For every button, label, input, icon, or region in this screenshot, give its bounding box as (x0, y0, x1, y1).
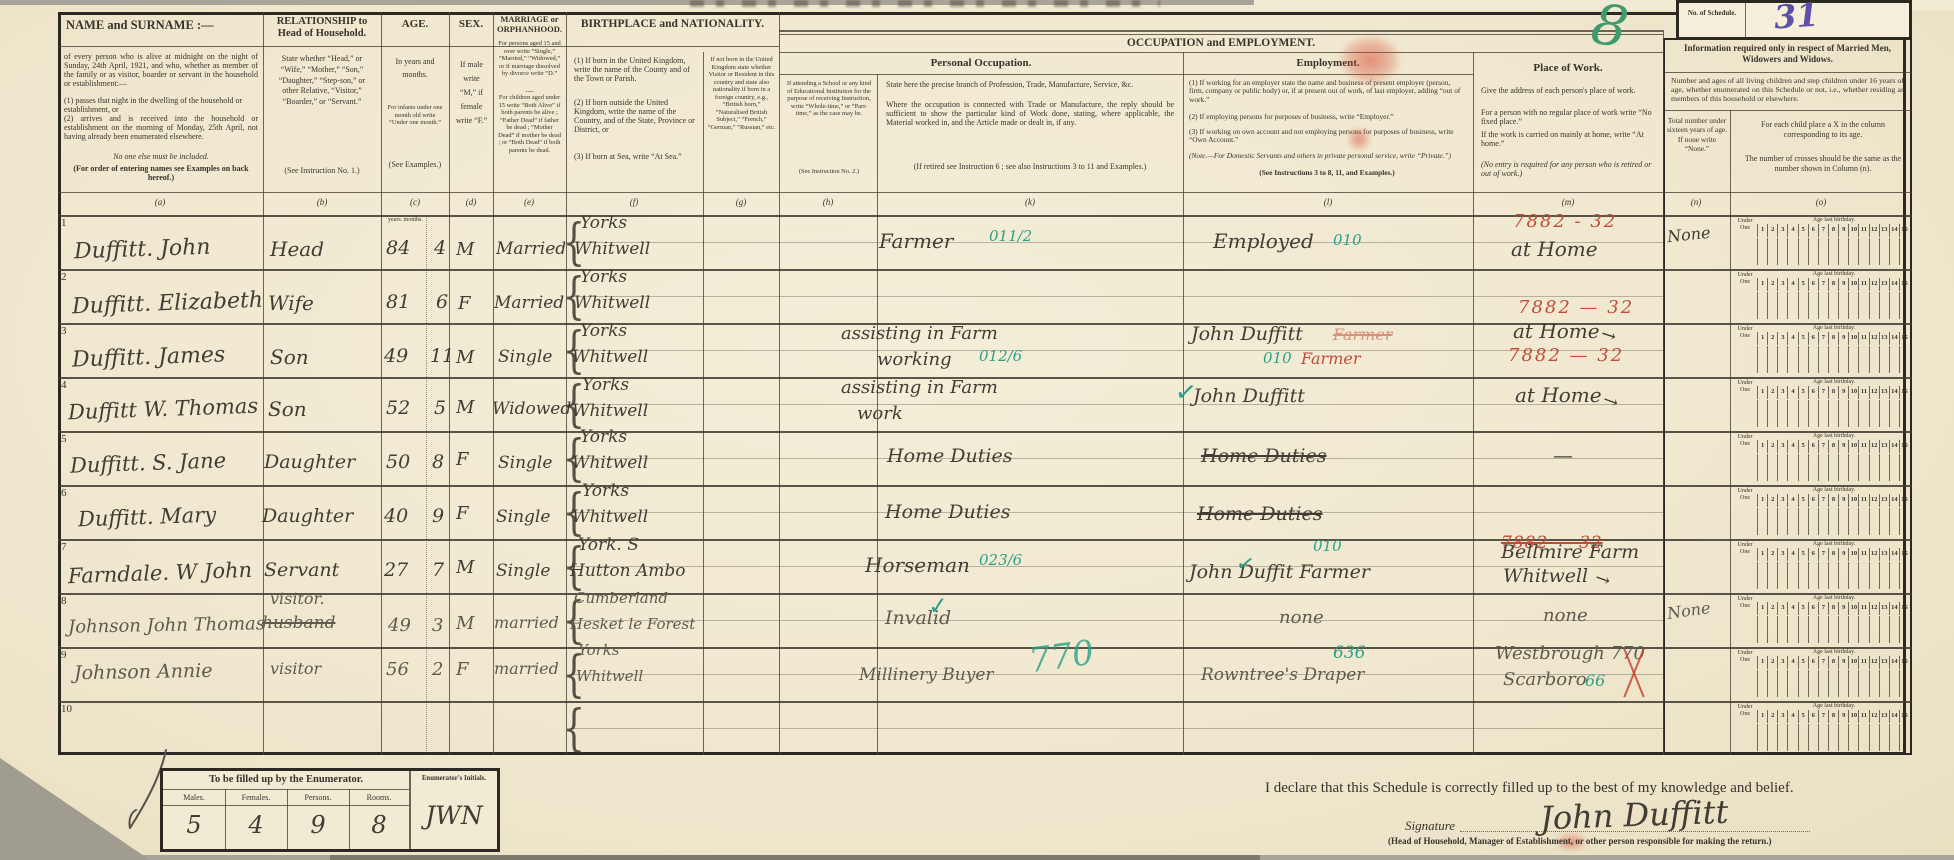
males-value: 5 (163, 811, 225, 839)
occupation-code: 012/6 (979, 347, 1022, 365)
age-grid-mark-cell (1787, 616, 1797, 643)
age-grid-number: 4 (1787, 278, 1797, 291)
name-instructions-4: No one else must be included. (64, 152, 258, 161)
age-grid-mark-cell (1757, 454, 1767, 481)
age-grid-mark-cell (1899, 616, 1909, 643)
occupation-entry: Farmer (879, 229, 953, 253)
age-grid-number: 4 (1787, 656, 1797, 669)
employment-note-2: (See Instructions 3 to 8, 11, and Exampl… (1189, 168, 1465, 177)
place-entry: at Home (1513, 319, 1600, 343)
age-grid-mark-cell (1798, 508, 1808, 535)
age-years-entry: 50 (386, 451, 410, 473)
place-of-work-cell: at Home → (1473, 377, 1663, 431)
divider (779, 30, 1663, 32)
age-grid-mark-cell (1879, 616, 1889, 643)
age-grid-mark-cell (1798, 724, 1808, 751)
occupation-entry-line2: working (877, 349, 952, 370)
age-grid-number: 1 (1757, 656, 1767, 669)
marriage-entry: Single (498, 453, 552, 473)
age-grid-number: 4 (1787, 494, 1797, 507)
children-ages-cell: Age last birthday.Under One1234567891011… (1730, 701, 1912, 755)
age-grid-mark-cell (1838, 616, 1848, 643)
males-label: Males. (163, 793, 225, 802)
children-ages-cell: Age last birthday.Under One1234567891011… (1730, 377, 1912, 431)
age-grid-under-one-label: Under One (1733, 272, 1757, 285)
age-grid-mark-cell (1889, 292, 1899, 319)
age-grid-number: 14 (1889, 332, 1899, 345)
age-years-entry: 84 (386, 237, 410, 259)
age-grid-mark-cell (1879, 346, 1889, 373)
age-grid-mark-cell (1848, 508, 1858, 535)
column-letter-a: (a) (140, 197, 180, 207)
occupation-code: 011/2 (989, 227, 1032, 245)
age-grid-mark-cell (1899, 400, 1909, 427)
age-grid-number: 15 (1899, 602, 1909, 615)
column-letter-f: (f) (614, 197, 654, 207)
children-ages-cell: Age last birthday.Under One1234567891011… (1730, 485, 1912, 539)
age-grid-mark-cell (1899, 292, 1909, 319)
marriage-entry: Widowed (492, 399, 571, 419)
children-ages-cell: Age last birthday.Under One1234567891011… (1730, 215, 1912, 269)
age-grid-mark-cell (1798, 454, 1808, 481)
age-grid-mark-cell (1757, 724, 1767, 751)
age-grid-under-one-label: Under One (1733, 488, 1757, 501)
column-letter-b: (b) (302, 197, 342, 207)
age-grid-number: 14 (1889, 656, 1899, 669)
age-grid-number: 12 (1869, 278, 1879, 291)
age-grid-number: 11 (1858, 710, 1868, 723)
age-grid-mark-cell (1889, 508, 1899, 535)
employment-cell: 636 Rowntree's Draper (1183, 647, 1473, 701)
age-years-entry: 52 (386, 397, 410, 419)
occupation-entry: Home Duties (885, 501, 1011, 523)
age-grid-number: 10 (1848, 548, 1858, 561)
column-letter-e: (e) (509, 197, 549, 207)
birthplace-line2: Whitwell (572, 453, 648, 473)
age-grid: Age last birthday.Under One1234567891011… (1732, 216, 1910, 268)
divider (58, 192, 1912, 193)
age-grid-number: 9 (1838, 386, 1848, 399)
children-ages-cell: Age last birthday.Under One1234567891011… (1730, 539, 1912, 593)
age-grid-number: 8 (1828, 332, 1838, 345)
age-grid-number: 15 (1899, 386, 1909, 399)
age-grid-mark-cell (1889, 400, 1899, 427)
birthplace-line2: Whitwell (574, 293, 650, 313)
relationship-entry: visitor. (270, 589, 325, 608)
schedule-number-value: 31 (1773, 0, 1820, 37)
age-grid-mark-cell (1798, 616, 1808, 643)
age-grid-mark-cell (1818, 508, 1828, 535)
age-months-entry: 6 (436, 291, 448, 313)
age-grid-number: 6 (1808, 386, 1818, 399)
table-row: 3 Duffitt. James Son 49 11 M Single { Yo… (58, 323, 1912, 377)
age-grid-number: 8 (1828, 494, 1838, 507)
divider (1663, 110, 1912, 111)
age-grid-number: 13 (1879, 710, 1889, 723)
age-grid-number: 12 (1869, 656, 1879, 669)
age-grid-mark-cell (1869, 616, 1879, 643)
age-grid-mark-cell (1889, 562, 1899, 589)
age-grid-number: 10 (1848, 710, 1858, 723)
age-grid-mark-row (1733, 238, 1909, 265)
age-grid-mark-row (1733, 724, 1909, 751)
persons-label: Persons. (287, 793, 349, 802)
age-grid-mark-cell (1733, 616, 1757, 643)
occupation-cell: Home Duties (779, 485, 1183, 539)
sex-instructions: If male write “M,” if female write “F.” (455, 58, 488, 128)
age-grid-caption: Age last birthday. (1758, 325, 1910, 331)
age-grid-number: 11 (1858, 224, 1868, 237)
age-months-entry: 7 (432, 559, 444, 581)
age-months-entry: 3 (432, 615, 443, 636)
column-letter-m: (m) (1548, 197, 1588, 207)
age-grid-number: 6 (1808, 494, 1818, 507)
table-row: 9 Johnson Annie visitor 56 2 F married {… (58, 647, 1912, 701)
age-grid-number: 3 (1777, 278, 1787, 291)
age-grid: Age last birthday.Under One1234567891011… (1732, 324, 1910, 376)
enumerator-box: To be filled up by the Enumerator. Males… (160, 768, 500, 852)
employment-code: 010 (1263, 349, 1292, 367)
age-grid-number: 7 (1818, 224, 1828, 237)
teal-tick-mark: ✓ (1173, 377, 1199, 410)
age-grid-mark-cell (1838, 670, 1848, 697)
age-grid-mark-cell (1879, 562, 1889, 589)
marriage-entry: Married (494, 293, 564, 313)
birthplace-line2: Whitwell (572, 401, 648, 421)
table-row: 4 Duffitt W. Thomas Son 52 5 M Widowed {… (58, 377, 1912, 431)
age-grid-number: 14 (1889, 386, 1899, 399)
age-grid-mark-cell (1787, 346, 1797, 373)
age-grid-mark-cell (1757, 508, 1767, 535)
age-grid-mark-cell (1808, 562, 1818, 589)
employment-entry-struck: Home Duties (1201, 445, 1327, 467)
age-grid-mark-cell (1767, 346, 1777, 373)
age-grid-mark-cell (1767, 508, 1777, 535)
age-grid-under-one-label: Under One (1733, 704, 1757, 717)
name-entry: Farndale. W John (68, 558, 253, 588)
age-grid-number: 9 (1838, 332, 1848, 345)
age-grid-number: 9 (1838, 710, 1848, 723)
age-grid-mark-cell (1848, 238, 1858, 265)
age-grid-number: 6 (1808, 656, 1818, 669)
schedule-number-box: No. of Schedule. 31 (1676, 0, 1912, 40)
age-grid-mark-cell (1848, 400, 1858, 427)
scan-bottom-edge (330, 855, 1260, 860)
occupation-entry-line2: work (857, 403, 903, 424)
occupation-cell: Millinery Buyer 770 (779, 647, 1183, 701)
age-grid: Age last birthday.Under One1234567891011… (1732, 648, 1910, 700)
age-grid-numbers-row: 123456789101112131415 (1757, 440, 1909, 453)
age-grid-number: 5 (1798, 602, 1808, 615)
children-ages-cell: Age last birthday.Under One1234567891011… (1730, 593, 1912, 647)
birthplace-instructions-3: (3) If born at Sea, write “At Sea.” (574, 152, 698, 161)
age-grid-mark-cell (1828, 724, 1838, 751)
age-grid-number: 3 (1777, 548, 1787, 561)
age-grid-mark-cell (1869, 724, 1879, 751)
birthplace-line1: York. S (578, 535, 639, 555)
age-grid-mark-cell (1828, 238, 1838, 265)
age-grid-caption: Age last birthday. (1758, 541, 1910, 547)
birthplace-line2: Hutton Ambo (570, 561, 686, 581)
age-grid-mark-cell (1733, 670, 1757, 697)
age-grid-mark-cell (1899, 454, 1909, 481)
marriage-instructions-1: For persons aged 15 and over write “Sing… (498, 40, 561, 78)
divider (779, 52, 1663, 53)
age-grid-number: 4 (1787, 224, 1797, 237)
age-grid-mark-cell (1899, 346, 1909, 373)
age-grid-number: 10 (1848, 656, 1858, 669)
signature-value: John Duffitt (1539, 793, 1729, 838)
divider (1745, 3, 1746, 37)
age-grid-number: 8 (1828, 656, 1838, 669)
employment-entry-struck: Home Duties (1197, 503, 1323, 525)
birthplace-line2: Hesket le Forest (570, 615, 695, 633)
row-number: 5 (61, 433, 67, 445)
employment-instructions-3: (3) If working on own account and not em… (1189, 128, 1465, 145)
age-grid-number: 12 (1869, 602, 1879, 615)
age-grid-mark-cell (1879, 400, 1889, 427)
age-grid-mark-cell (1798, 562, 1808, 589)
age-grid-number: 13 (1879, 656, 1889, 669)
marriage-instructions-2: For children aged under 15 write “Both A… (498, 94, 561, 154)
age-grid-mark-cell (1879, 292, 1889, 319)
age-grid-number: 7 (1818, 656, 1828, 669)
age-grid-number: 1 (1757, 602, 1767, 615)
teal-tick-mark: ✓ (927, 591, 949, 620)
age-grid-number: 11 (1858, 386, 1868, 399)
age-grid-mark-cell (1858, 616, 1868, 643)
age-grid-mark-cell (1838, 724, 1848, 751)
age-grid-number: 13 (1879, 494, 1889, 507)
age-grid-mark-row (1733, 400, 1909, 427)
age-grid-mark-cell (1869, 238, 1879, 265)
marriage-column-title: MARRIAGE or ORPHANHOOD. (495, 14, 564, 34)
age-grid-mark-cell (1838, 292, 1848, 319)
age-grid-mark-cell (1818, 724, 1828, 751)
column-letter-g: (g) (721, 197, 761, 207)
age-grid-mark-cell (1767, 454, 1777, 481)
column-letter-o: (o) (1801, 197, 1841, 207)
age-months-entry: 4 (434, 237, 446, 259)
age-grid-number: 2 (1767, 494, 1777, 507)
age-grid-number: 1 (1757, 494, 1767, 507)
age-grid-number: 11 (1858, 494, 1868, 507)
age-grid-mark-cell (1899, 562, 1909, 589)
age-grid-mark-cell (1757, 400, 1767, 427)
employment-instructions-2: (2) If employing persons for purposes of… (1189, 113, 1465, 121)
employment-code: 636 (1333, 643, 1365, 663)
age-grid-number: 11 (1858, 548, 1868, 561)
name-entry: Duffitt. John (74, 235, 211, 265)
age-grid-mark-cell (1828, 508, 1838, 535)
age-grid: Age last birthday.Under One1234567891011… (1732, 270, 1910, 322)
age-grid-mark-cell (1838, 454, 1848, 481)
employment-code: 010 (1333, 231, 1362, 249)
occupation-cell: assisting in Farm work (779, 377, 1183, 431)
age-grid-mark-cell (1808, 724, 1818, 751)
age-note: For infants under one month old write “U… (386, 104, 444, 127)
cut-off-text-strip (690, 0, 1160, 7)
age-grid: Age last birthday.Under One1234567891011… (1732, 540, 1910, 592)
age-grid-number: 9 (1838, 440, 1848, 453)
signature-label: Signature (1405, 818, 1455, 834)
place-of-work-cell: 7882 — 32 (1473, 269, 1663, 323)
age-grid-mark-row (1733, 346, 1909, 373)
age-grid-caption: Age last birthday. (1758, 217, 1910, 223)
age-grid-number: 1 (1757, 332, 1767, 345)
employment-cell: 010 John Duffit Farmer (1183, 539, 1473, 593)
age-grid-mark-cell (1828, 454, 1838, 481)
age-grid-number: 3 (1777, 602, 1787, 615)
marriage-entry: Single (498, 347, 552, 367)
age-grid-number: 14 (1889, 224, 1899, 237)
age-grid-mark-cell (1798, 238, 1808, 265)
age-grid-mark-cell (1889, 454, 1899, 481)
name-entry: Duffitt. S. Jane (70, 448, 227, 477)
age-grid-mark-cell (1818, 238, 1828, 265)
age-grid-number: 2 (1767, 386, 1777, 399)
females-value: 4 (225, 811, 287, 839)
birthplace-line2: Whitwell (574, 239, 650, 259)
place-of-work-cell: Westbrough 770 Scarboro 66 (1473, 647, 1663, 701)
age-grid-mark-cell (1828, 616, 1838, 643)
children-ages-cell: Age last birthday.Under One1234567891011… (1730, 269, 1912, 323)
age-grid-mark-cell (1838, 238, 1848, 265)
age-grid-mark-cell (1733, 292, 1757, 319)
age-grid-number: 13 (1879, 386, 1889, 399)
age-grid-mark-cell (1858, 724, 1868, 751)
children-total-cell: None (1605, 215, 1730, 269)
children-ages-cell: Age last birthday.Under One1234567891011… (1730, 431, 1912, 485)
age-grid-mark-row (1733, 616, 1909, 643)
age-grid-number: 11 (1858, 278, 1868, 291)
age-grid-numbers-row: 123456789101112131415 (1757, 710, 1909, 723)
age-grid-mark-cell (1828, 670, 1838, 697)
table-row: 5 Duffitt. S. Jane Daughter 50 8 F Singl… (58, 431, 1912, 485)
row-number: 2 (61, 271, 67, 283)
age-grid-mark-cell (1798, 346, 1808, 373)
age-months-entry: 2 (432, 659, 443, 680)
age-grid-number: 3 (1777, 224, 1787, 237)
clerk-red-number: 7882 — 32 (1518, 297, 1634, 318)
age-grid-mark-cell (1757, 670, 1767, 697)
place-entry-line1: Westbrough 770 (1495, 643, 1645, 664)
age-grid-number: 5 (1798, 332, 1808, 345)
age-grid-number: 12 (1869, 710, 1879, 723)
rooms-label: Rooms. (349, 793, 409, 802)
employment-cell: John Duffitt Farmer 010 Farmer (1183, 323, 1473, 377)
age-grid-mark-cell (1838, 346, 1848, 373)
age-grid-mark-cell (1818, 454, 1828, 481)
employment-cell: Home Duties (1183, 431, 1473, 485)
place-entry-line2: Whitwell (1503, 565, 1588, 587)
age-grid-number: 14 (1889, 278, 1899, 291)
age-grid-number: 2 (1767, 656, 1777, 669)
column-letter-h: (h) (808, 197, 848, 207)
age-months-entry: 9 (432, 505, 444, 527)
age-grid-number: 9 (1838, 494, 1848, 507)
place-of-work-cell: 7882 — 32 Bellmire Farm Whitwell → (1473, 539, 1663, 593)
age-grid-number: 15 (1899, 548, 1909, 561)
age-grid-mark-cell (1757, 238, 1767, 265)
age-grid-number: 6 (1808, 602, 1818, 615)
age-grid-number: 12 (1869, 224, 1879, 237)
age-grid-number: 13 (1879, 224, 1889, 237)
age-grid-mark-cell (1767, 400, 1777, 427)
age-grid-caption: Age last birthday. (1758, 433, 1910, 439)
age-grid-number: 8 (1828, 440, 1838, 453)
age-grid-number: 3 (1777, 710, 1787, 723)
children-total-entry: None (1666, 223, 1711, 246)
employment-red-struck: Farmer (1333, 325, 1393, 344)
age-grid-caption: Age last birthday. (1758, 595, 1910, 601)
age-grid-number: 3 (1777, 440, 1787, 453)
employment-cell: Employed 010 (1183, 215, 1473, 269)
age-grid-mark-cell (1848, 292, 1858, 319)
employment-instructions-1: (1) If working for an employer state the… (1189, 79, 1465, 104)
age-grid-mark-cell (1818, 616, 1828, 643)
age-grid-mark-cell (1828, 346, 1838, 373)
age-grid-number: 13 (1879, 278, 1889, 291)
age-years-entry: 40 (384, 505, 408, 527)
age-grid-number: 6 (1808, 332, 1818, 345)
age-grid-number: 15 (1899, 494, 1909, 507)
age-grid-mark-cell (1787, 508, 1797, 535)
age-grid-number: 7 (1818, 710, 1828, 723)
age-grid-number: 9 (1838, 656, 1848, 669)
name-instructions-3: (2) arrives and is received into the hou… (64, 114, 258, 141)
declaration-text: I declare that this Schedule is correctl… (1265, 780, 1925, 797)
age-grid-numbers-row: 123456789101112131415 (1757, 602, 1909, 615)
age-grid-number: 5 (1798, 278, 1808, 291)
sex-entry: M (456, 613, 474, 634)
place-of-work-cell: at Home → 7882 — 32 (1473, 323, 1663, 377)
place-entry: none (1543, 605, 1588, 626)
table-row: 7 Farndale. W John Servant 27 7 M Single… (58, 539, 1912, 593)
age-grid-number: 12 (1869, 494, 1879, 507)
age-grid-mark-cell (1777, 292, 1787, 319)
occupation-entry: Home Duties (887, 445, 1013, 467)
age-grid-number: 5 (1798, 440, 1808, 453)
birthplace-line1: Cumberland (574, 589, 668, 607)
age-grid-mark-cell (1818, 346, 1828, 373)
age-grid-number: 14 (1889, 494, 1899, 507)
age-grid: Age last birthday.Under One1234567891011… (1732, 432, 1910, 484)
relationship-note: (See Instruction No. 1.) (270, 166, 374, 175)
children-ages-cell: Age last birthday.Under One1234567891011… (1730, 647, 1912, 701)
age-grid-under-one-label: Under One (1733, 434, 1757, 447)
age-grid-mark-cell (1777, 238, 1787, 265)
marriage-entry: married (494, 659, 559, 678)
age-grid-mark-cell (1733, 724, 1757, 751)
age-grid-mark-cell (1848, 454, 1858, 481)
age-grid-mark-cell (1889, 724, 1899, 751)
age-grid-mark-cell (1733, 562, 1757, 589)
age-grid-mark-cell (1777, 562, 1787, 589)
name-entry: Duffitt. James (72, 342, 226, 372)
age-grid-number: 10 (1848, 386, 1858, 399)
column-letter-k: (k) (1010, 197, 1050, 207)
birthplace-brace: { (563, 699, 585, 757)
name-entry: Johnson Annie (74, 660, 213, 684)
age-grid-number: 15 (1899, 224, 1909, 237)
age-grid-mark-cell (1858, 670, 1868, 697)
age-grid-mark-cell (1818, 400, 1828, 427)
age-grid-number: 14 (1889, 710, 1899, 723)
place-entry-line1: Bellmire Farm (1501, 541, 1639, 563)
age-grid-mark-cell (1808, 670, 1818, 697)
age-grid-under-one-label: Under One (1733, 596, 1757, 609)
